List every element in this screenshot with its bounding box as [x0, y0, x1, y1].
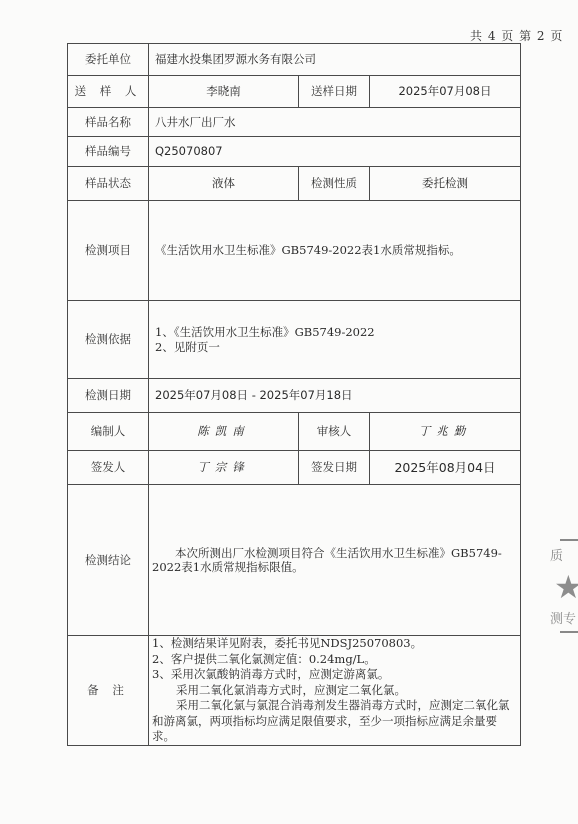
row-issuer: 签发人 丁宗锋 签发日期 2025年08月04日	[68, 451, 521, 485]
prepared-by-signature: 陈凯南	[149, 413, 299, 451]
row-sender: 送 样 人 李晓南 送样日期 2025年07月08日	[68, 76, 521, 108]
conclusion-label: 检测结论	[68, 485, 149, 636]
prepared-by-label: 编制人	[68, 413, 149, 451]
inspection-stamp: 质 ★ 测专	[548, 535, 578, 665]
sender-value: 李晓南	[149, 76, 299, 108]
row-client: 委托单位 福建水投集团罗源水务有限公司	[68, 44, 521, 76]
test-date-value: 2025年07月08日 - 2025年07月18日	[149, 379, 521, 413]
client-label: 委托单位	[68, 44, 149, 76]
page-counter: 共 4 页 第 2 页	[470, 27, 563, 44]
test-basis-label: 检测依据	[68, 301, 149, 379]
test-items-value: 《生活饮用水卫生标准》GB5749-2022表1水质常规指标。	[149, 201, 521, 301]
test-items-label: 检测项目	[68, 201, 149, 301]
conclusion-value: 本次所测出厂水检测项目符合《生活饮用水卫生标准》GB5749-2022表1水质常…	[149, 485, 521, 636]
row-sample-state: 样品状态 液体 检测性质 委托检测	[68, 167, 521, 201]
row-prepared-by: 编制人 陈凯南 审核人 丁兆勤	[68, 413, 521, 451]
row-test-date: 检测日期 2025年07月08日 - 2025年07月18日	[68, 379, 521, 413]
row-sample-name: 样品名称 八井水厂出厂水	[68, 108, 521, 137]
star-icon: ★	[554, 570, 578, 604]
reviewer-label: 审核人	[299, 413, 370, 451]
test-basis-value: 1、《生活饮用水卫生标准》GB5749-2022 2、见附页一	[149, 301, 521, 379]
sample-name-label: 样品名称	[68, 108, 149, 137]
sample-state-value: 液体	[149, 167, 299, 201]
test-report-table: 委托单位 福建水投集团罗源水务有限公司 送 样 人 李晓南 送样日期 2025年…	[67, 43, 521, 746]
row-conclusion: 检测结论 本次所测出厂水检测项目符合《生活饮用水卫生标准》GB5749-2022…	[68, 485, 521, 636]
sample-id-value: Q25070807	[149, 137, 521, 167]
send-date-label: 送样日期	[299, 76, 370, 108]
test-basis-line-1: 1、《生活饮用水卫生标准》GB5749-2022	[155, 325, 514, 339]
row-test-items: 检测项目 《生活饮用水卫生标准》GB5749-2022表1水质常规指标。	[68, 201, 521, 301]
sender-label: 送 样 人	[68, 76, 149, 108]
test-nature-value: 委托检测	[370, 167, 521, 201]
sample-id-label: 样品编号	[68, 137, 149, 167]
send-date-value: 2025年07月08日	[370, 76, 521, 108]
remark-line-2: 2、客户提供二氧化氯测定值：0.24mg/L。	[152, 652, 517, 668]
remark-line-5: 采用二氧化氯与氯混合消毒剂发生器消毒方式时，应测定二氧化氯和游离氯，两项指标均应…	[152, 698, 517, 745]
client-value: 福建水投集团罗源水务有限公司	[149, 44, 521, 76]
reviewer-signature: 丁兆勤	[370, 413, 521, 451]
remark-line-1: 1、检测结果详见附表，委托书见NDSJ25070803。	[152, 636, 517, 652]
stamp-bottom-text: 测专	[550, 608, 578, 627]
remark-line-4: 采用二氧化氯消毒方式时，应测定二氧化氯。	[152, 683, 517, 699]
remarks-value: 1、检测结果详见附表，委托书见NDSJ25070803。 2、客户提供二氧化氯测…	[149, 636, 521, 746]
row-test-basis: 检测依据 1、《生活饮用水卫生标准》GB5749-2022 2、见附页一	[68, 301, 521, 379]
test-nature-label: 检测性质	[299, 167, 370, 201]
issue-date-label: 签发日期	[299, 451, 370, 485]
sample-state-label: 样品状态	[68, 167, 149, 201]
row-remarks: 备 注 1、检测结果详见附表，委托书见NDSJ25070803。 2、客户提供二…	[68, 636, 521, 746]
stamp-bottom-bar	[560, 631, 578, 633]
remark-line-3: 3、采用次氯酸钠消毒方式时，应测定游离氯。	[152, 667, 517, 683]
test-basis-line-2: 2、见附页一	[155, 340, 514, 354]
stamp-top-text: 质	[550, 545, 578, 564]
issuer-signature: 丁宗锋	[149, 451, 299, 485]
test-date-label: 检测日期	[68, 379, 149, 413]
issue-date-value: 2025年08月04日	[370, 451, 521, 485]
remarks-label: 备 注	[68, 636, 149, 746]
row-sample-id: 样品编号 Q25070807	[68, 137, 521, 167]
issuer-label: 签发人	[68, 451, 149, 485]
stamp-top-bar	[560, 539, 578, 541]
sample-name-value: 八井水厂出厂水	[149, 108, 521, 137]
